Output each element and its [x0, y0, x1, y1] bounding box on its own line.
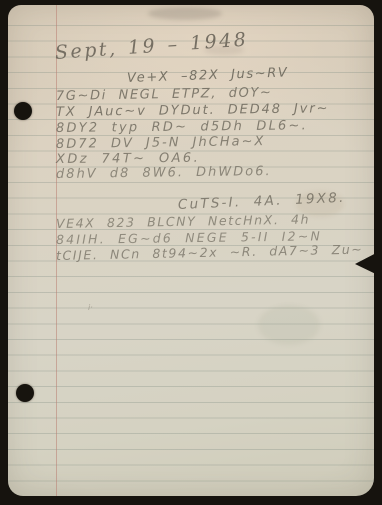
photo-background: Sept, 19 – 1948 Ve+X –82X Jus~RV 7G~Di N…	[0, 0, 382, 505]
hole-punch-bottom	[16, 384, 34, 402]
torn-notch	[355, 250, 382, 277]
smudge-top-edge	[148, 7, 222, 20]
handwriting-line: 8D72 DV J5-N JhCHa~X	[56, 134, 266, 152]
stray-pencil-mark: i·	[88, 303, 93, 312]
handwriting-line: d8hV d8 8W6. DhWDo6.	[56, 164, 272, 182]
handwriting-line: 8DY2 typ RD~ d5Dh DL6~.	[56, 118, 308, 136]
stain-center	[258, 305, 320, 345]
hole-punch-top	[14, 102, 32, 120]
